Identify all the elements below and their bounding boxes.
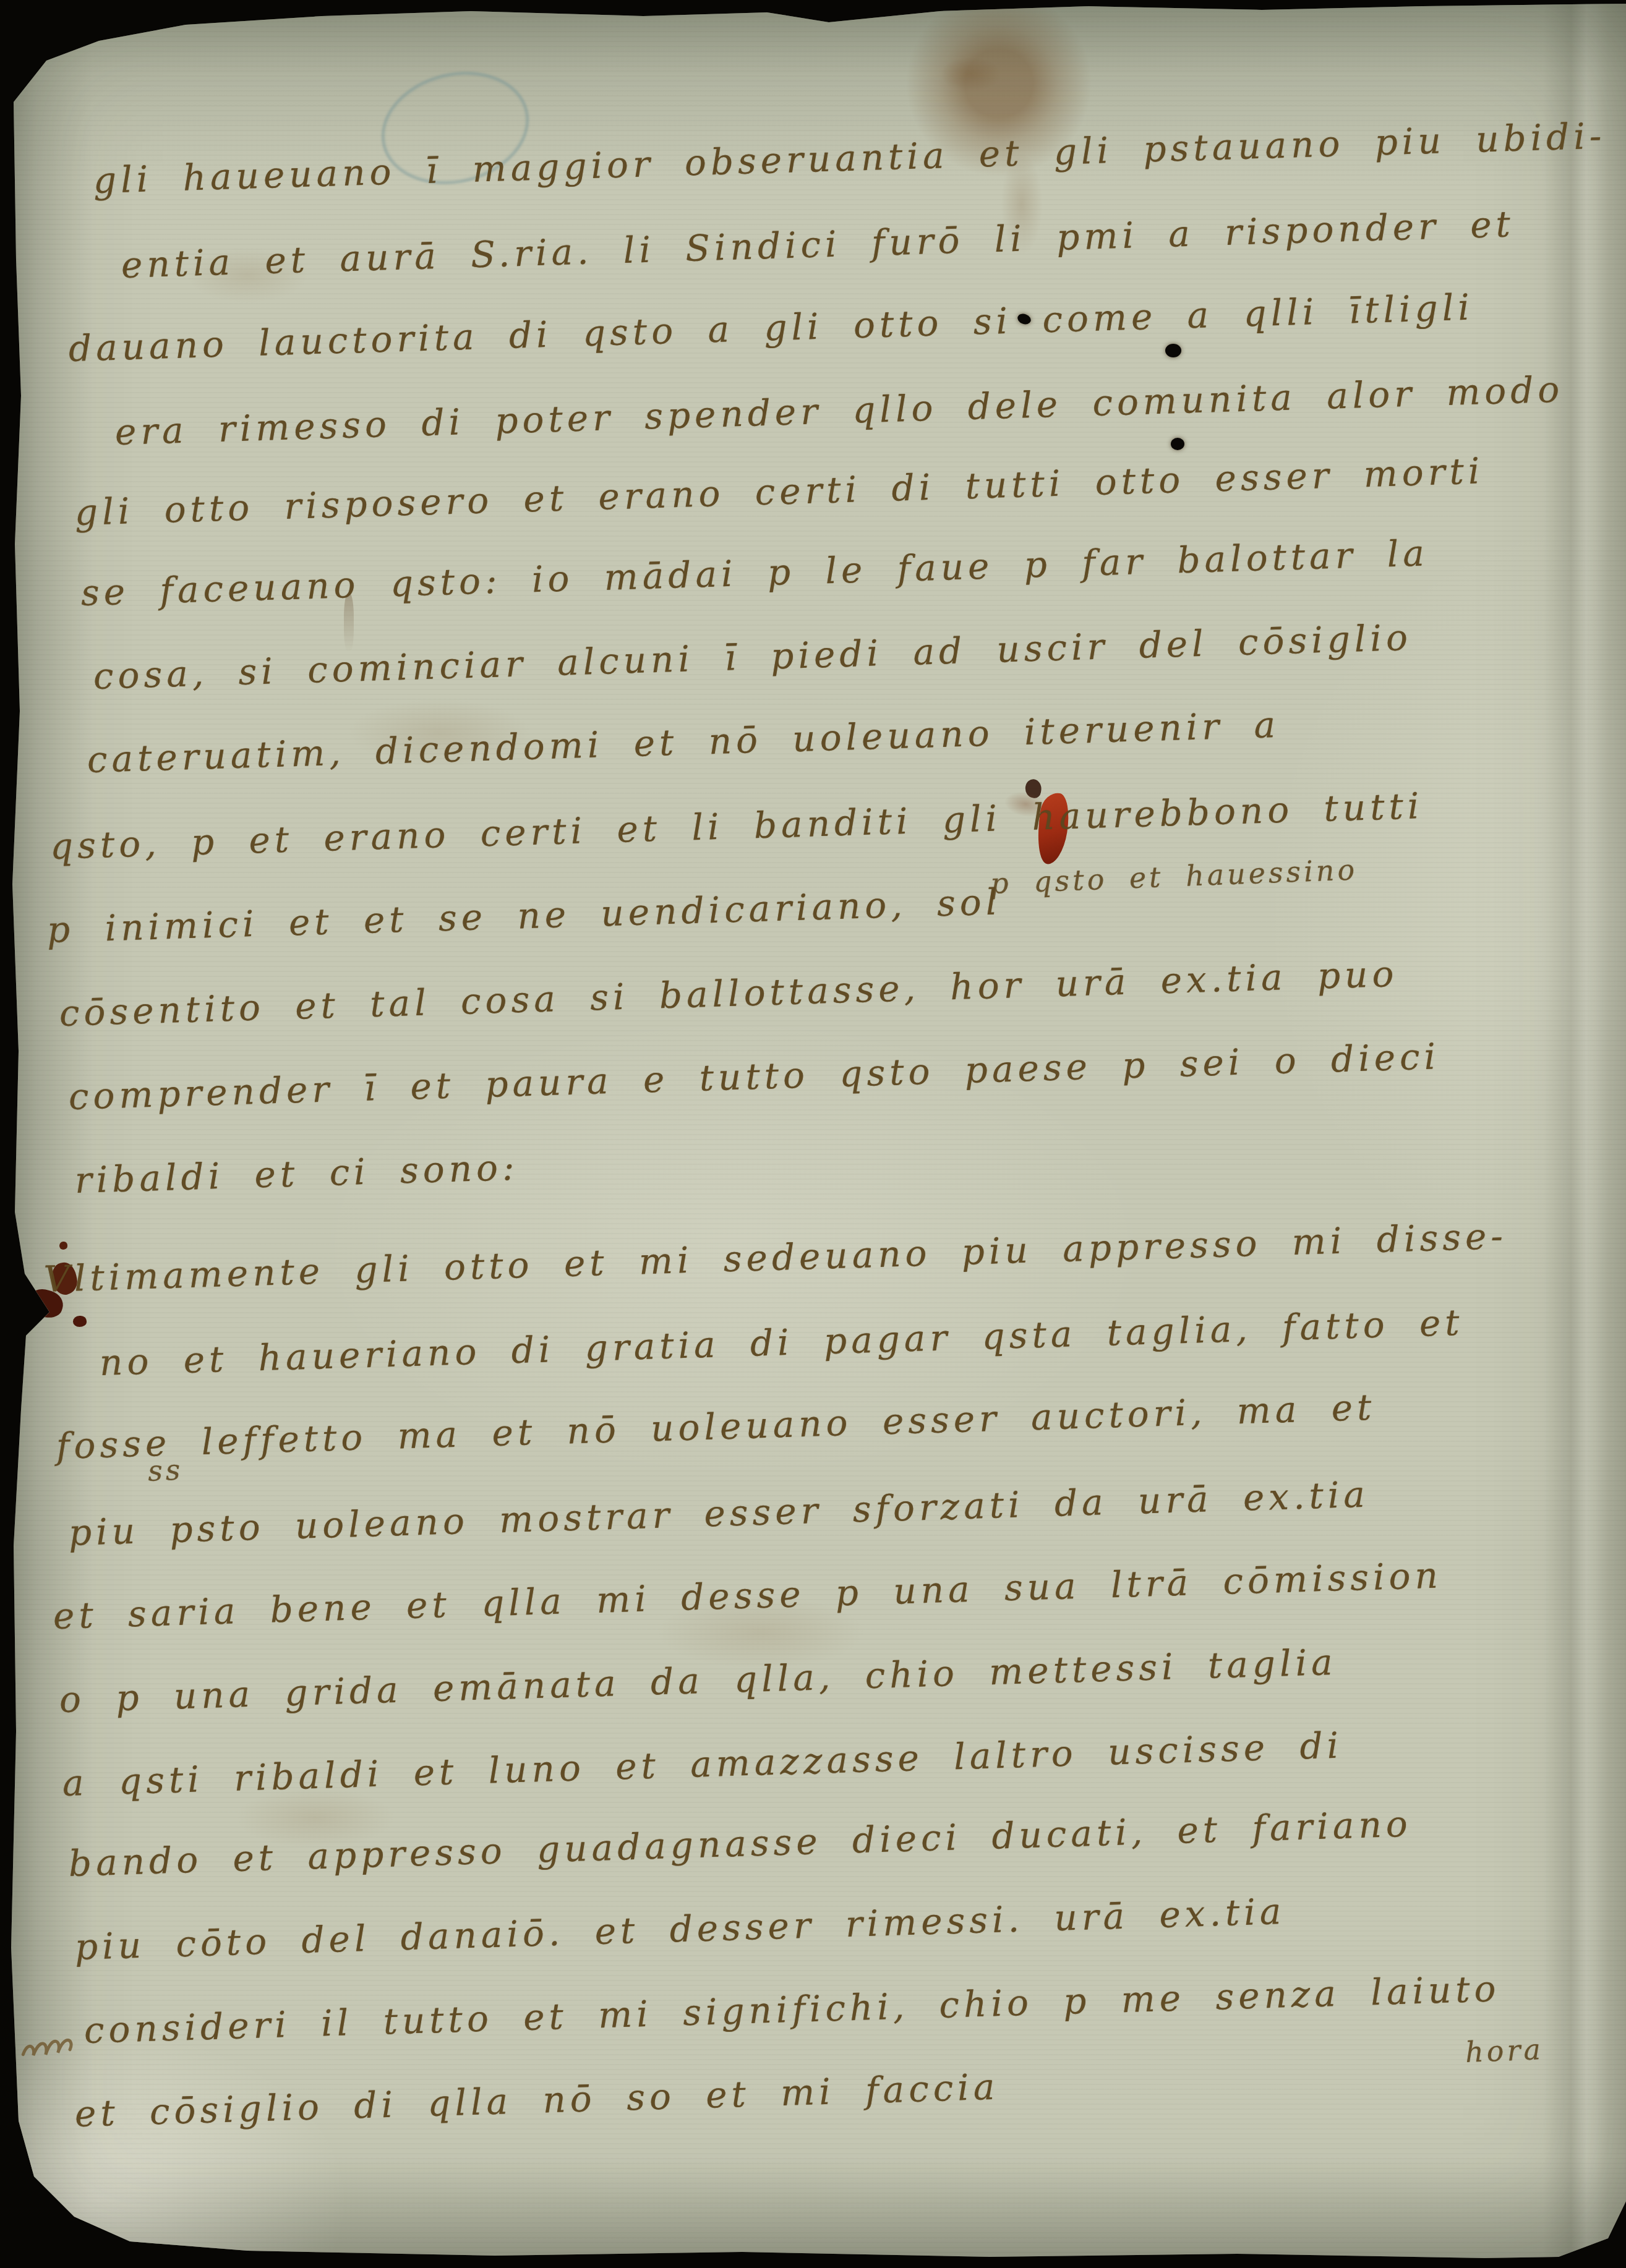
manuscript-line: Vltimamente gli otto et mi sedeuano piu …: [43, 1215, 1508, 1300]
manuscript-line: fosse leffetto ma et nō uoleuano esser a…: [56, 1386, 1376, 1467]
interlinear-addition: p qsto et hauessino: [990, 853, 1358, 900]
manuscript-line: ribaldi et ci sono:: [74, 1146, 519, 1201]
manuscript-line: cosa, si cominciar alcuni ī piedi ad usc…: [93, 616, 1413, 697]
paper-crease: [0, 544, 11, 709]
manuscript-line: et saria bene et qlla mi desse p una sua…: [53, 1554, 1443, 1637]
manuscript-line: entia et aurā S.ria. li Sindici furō li …: [121, 203, 1515, 286]
manuscript-line: bando et appresso guadagnasse dieci duca…: [68, 1803, 1413, 1885]
manuscript-line: se faceuano qsto: io mādai p le faue p f…: [80, 532, 1429, 614]
manuscript-line: comprender ī et paura e tutto qsto paese…: [68, 1035, 1440, 1118]
letter-text-layer: gli haueuano ī maggior obseruantia et gl…: [0, 0, 1626, 2268]
manuscript-line: dauano lauctorita di qsto a gli otto si …: [68, 286, 1474, 370]
photograph-background: { "colors": { "background": "#070604", "…: [0, 0, 1626, 2268]
manuscript-line: et cōsiglio di qlla nō so et mi faccia: [74, 2066, 999, 2135]
interlinear-addition: hora: [1465, 2032, 1544, 2069]
manuscript-line: piu psto uoleano mostrar esser sforzati …: [68, 1473, 1370, 1554]
manuscript-line: gli otto risposero et erano certi di tut…: [74, 450, 1484, 534]
manuscript-line: o p una grida emānata da qlla, chio mett…: [59, 1641, 1337, 1721]
manuscript-line: gli haueuano ī maggior obseruantia et gl…: [93, 114, 1606, 202]
manuscript-line: piu cōto del danaiō. et desser rimessi. …: [74, 1890, 1286, 1968]
manuscript-line: qsto, p et erano certi et li banditi gli…: [49, 785, 1424, 868]
manuscript-line: consideri il tutto et mi significhi, chi…: [83, 1967, 1500, 2052]
interlinear-addition: ss: [147, 1453, 184, 1488]
manuscript-line: no et haueriano di gratia di pagar qsta …: [99, 1302, 1465, 1384]
manuscript-line: cateruatim, dicendomi et nō uoleuano ite…: [87, 704, 1280, 781]
manuscript-line: cōsentito et tal cosa si ballottasse, ho…: [59, 953, 1398, 1034]
manuscript-line: p inimici et et se ne uendicariano, sol: [46, 880, 1002, 951]
manuscript-line: a qsti ribaldi et luno et amazzasse lalt…: [62, 1724, 1343, 1804]
manuscript-line: era rimesso di poter spender qllo dele c…: [114, 368, 1564, 453]
manuscript-page: gli haueuano ī maggior obseruantia et gl…: [0, 0, 1626, 2268]
